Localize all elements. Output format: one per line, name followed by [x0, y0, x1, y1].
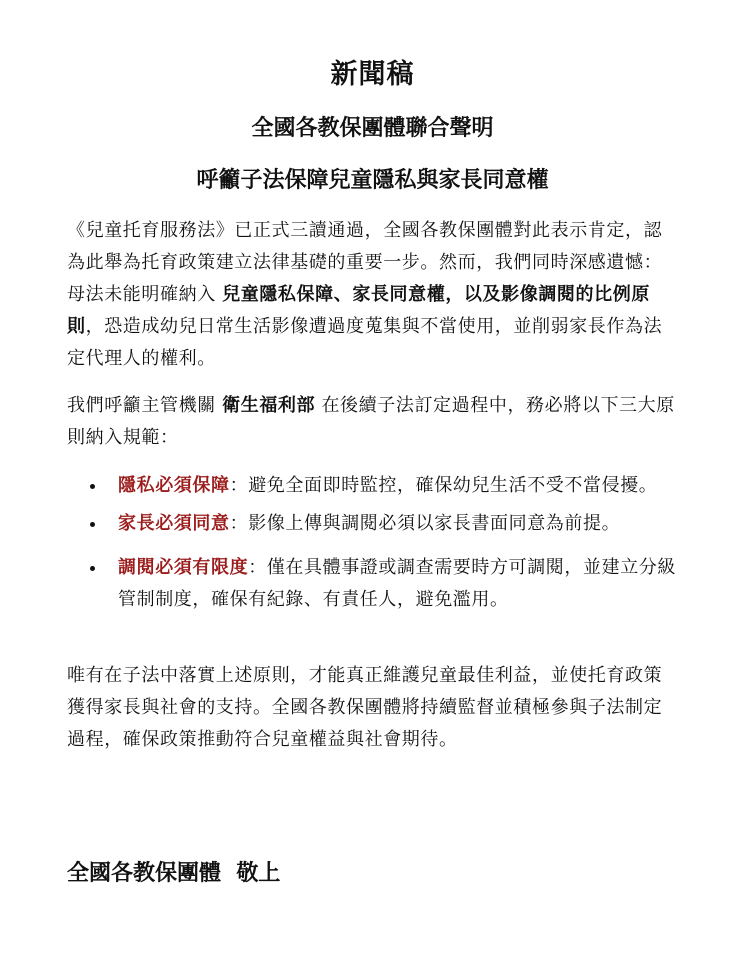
paragraph-appeal-ministry: 衛生福利部: [222, 395, 315, 416]
signature: 全國各教保團體 敬上: [67, 858, 280, 890]
document-subtitle-joint-statement: 全國各教保團體聯合聲明: [0, 114, 745, 144]
principle-text: ：影像上傳與調閱必須以家長書面同意為前提。: [230, 513, 621, 534]
principles-list: 隱私必須保障：避免全面即時監控，確保幼兒生活不受不當侵擾。 家長必須同意：影像上…: [90, 470, 680, 622]
bullet-icon: [90, 522, 95, 527]
principle-item: 隱私必須保障：避免全面即時監控，確保幼兒生活不受不當侵擾。: [90, 470, 680, 502]
paragraph-intro: 《兒童托育服務法》已正式三讀通過，全國各教保團體對此表示肯定，認為此舉為托育政策…: [67, 215, 677, 375]
paragraph-appeal: 我們呼籲主管機關 衛生福利部 在後續子法訂定過程中，務必將以下三大原則納入規範：: [67, 390, 677, 454]
paragraph-appeal-text-a: 我們呼籲主管機關: [67, 395, 222, 416]
principle-lead: 調閱必須有限度: [118, 557, 248, 578]
principle-lead: 隱私必須保障: [118, 475, 230, 496]
document-subtitle-appeal: 呼籲子法保障兒童隱私與家長同意權: [0, 166, 745, 196]
bullet-icon: [90, 484, 95, 489]
paragraph-conclusion: 唯有在子法中落實上述原則，才能真正維護兒童最佳利益，並使托育政策獲得家長與社會的…: [67, 660, 677, 756]
principle-text: ：避免全面即時監控，確保幼兒生活不受不當侵擾。: [230, 475, 658, 496]
press-release-page: 新聞稿 全國各教保團體聯合聲明 呼籲子法保障兒童隱私與家長同意權 《兒童托育服務…: [0, 0, 745, 977]
document-title: 新聞稿: [0, 57, 745, 93]
principle-lead: 家長必須同意: [118, 513, 230, 534]
principle-item: 家長必須同意：影像上傳與調閱必須以家長書面同意為前提。: [90, 508, 680, 540]
principle-item: 調閱必須有限度：僅在具體事證或調查需要時方可調閱，並建立分級管制制度，確保有紀錄…: [90, 552, 680, 616]
paragraph-intro-text-b: ，恐造成幼兒日常生活影像遭過度蒐集與不當使用，並削弱家長作為法定代理人的權利。: [67, 316, 662, 369]
bullet-icon: [90, 566, 95, 571]
